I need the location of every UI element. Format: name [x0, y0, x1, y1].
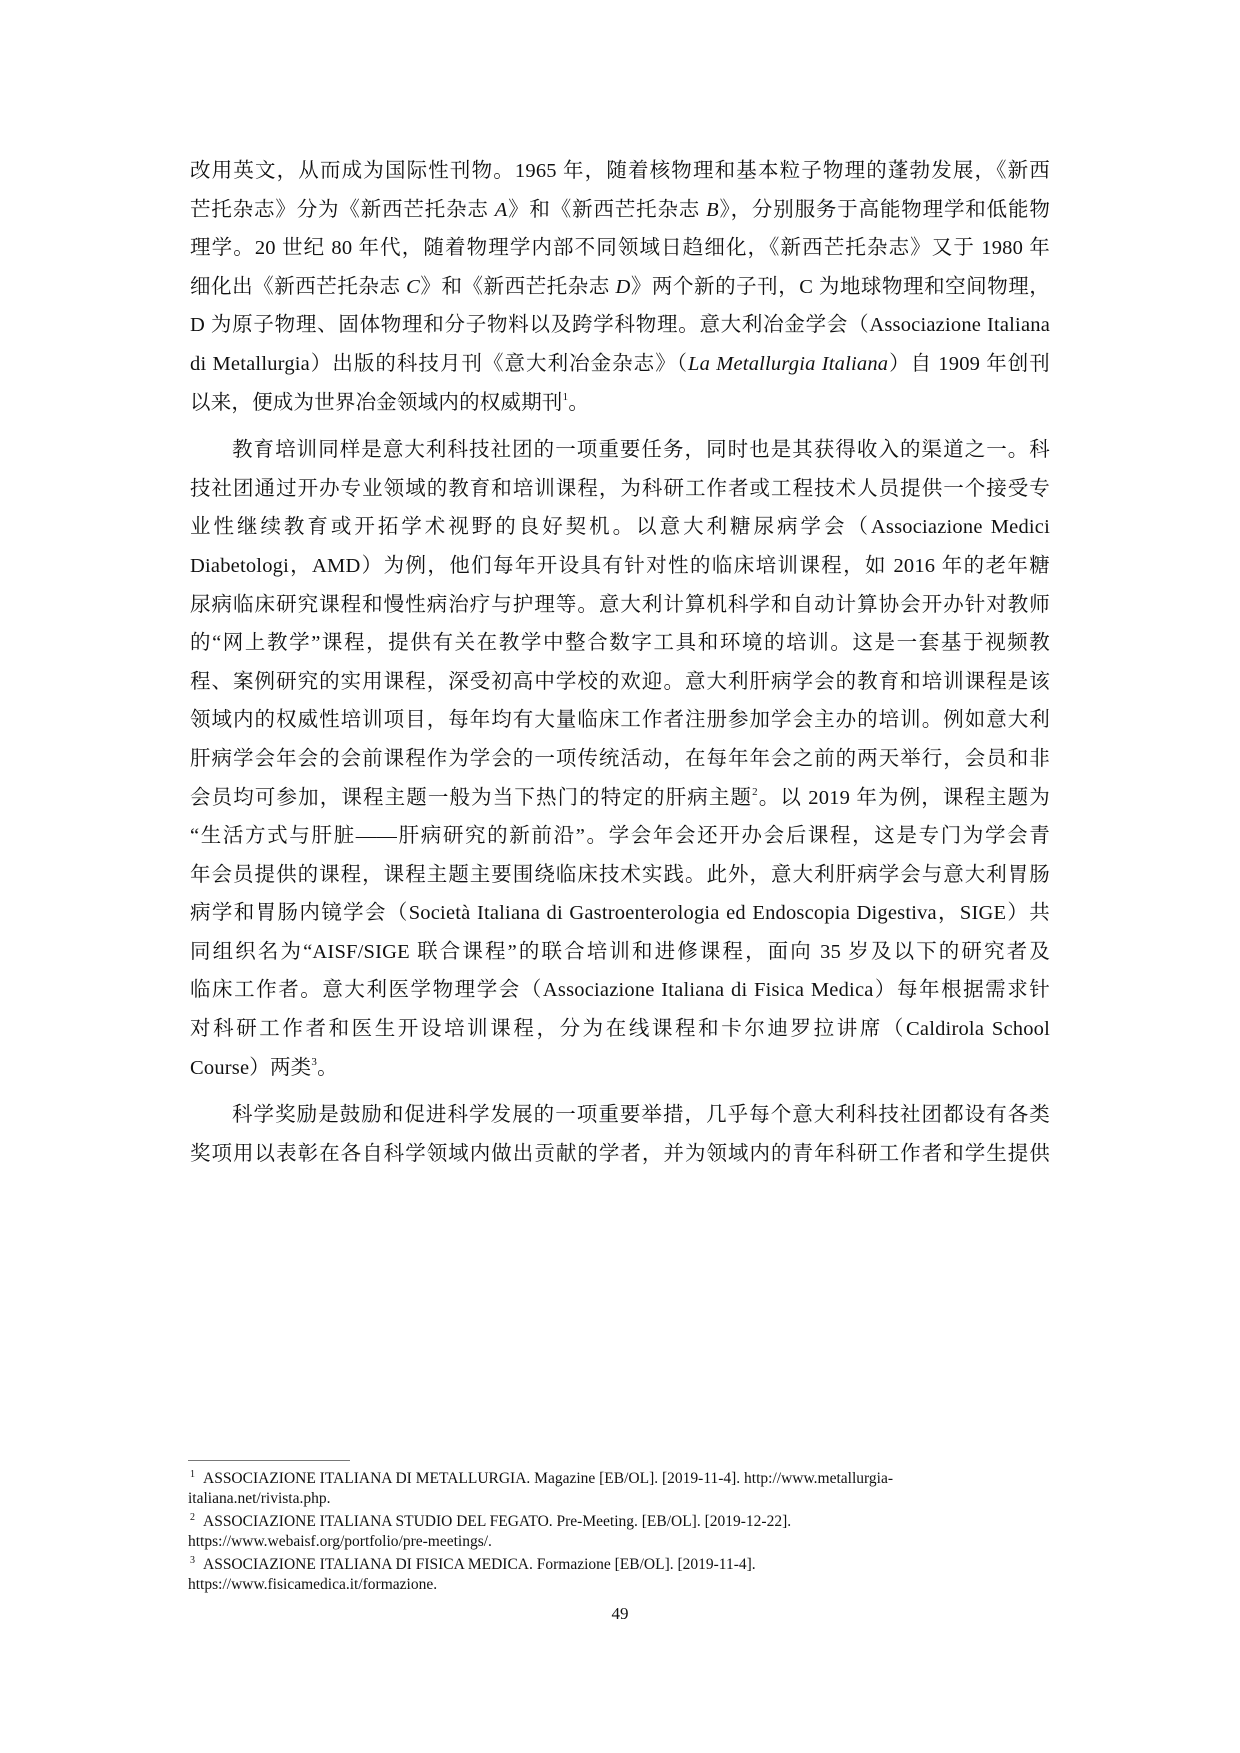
footnotes: 1ASSOCIAZIONE ITALIANA DI METALLURGIA. M…: [188, 1465, 1048, 1595]
text-segment: 》，分别服务于高能物理学和低能物: [719, 199, 1050, 221]
text-line: 技社团通过开办专业领域的教育和培训课程，为科研工作者或工程技术人员提供一个接受专: [190, 470, 1050, 509]
text-line: 细化出《新西芒托杂志 C》和《新西芒托杂志 D》两个新的子刊，C 为地球物理和空…: [190, 268, 1050, 307]
body-text: 改用英文，从而成为国际性刊物。1965 年，随着核物理和基本粒子物理的蓬勃发展，…: [190, 152, 1050, 1182]
footnote-mark: 2: [190, 1512, 195, 1523]
text-segment: 。以 2019 年为例，课程主题为: [758, 787, 1050, 809]
footnote-separator: [188, 1460, 350, 1461]
italic-journal-letter: B: [706, 199, 719, 221]
text-line: 的“网上教学”课程，提供有关在教学中整合数字工具和环境的培训。这是一套基于视频教: [190, 624, 1050, 663]
footnote-mark: 1: [190, 1469, 195, 1480]
text-line: 尿病临床研究课程和慢性病治疗与护理等。意大利计算机科学和自动计算协会开办针对教师: [190, 586, 1050, 625]
text-line: 芒托杂志》分为《新西芒托杂志 A》和《新西芒托杂志 B》，分别服务于高能物理学和…: [190, 191, 1050, 230]
text-line: 临床工作者。意大利医学物理学会（Associazione Italiana di…: [190, 971, 1050, 1010]
text-line: 对科研工作者和医生开设培训课程，分为在线课程和卡尔迪罗拉讲席（Caldirola…: [190, 1010, 1050, 1049]
footnote-line[interactable]: italiana.net/rivista.php.: [188, 1489, 1048, 1509]
text-line: 病学和胃肠内镜学会（Società Italiana di Gastroente…: [190, 894, 1050, 933]
text-line: 会员均可参加，课程主题一般为当下热门的特定的肝病主题2。以 2019 年为例，课…: [190, 779, 1050, 818]
text-line: 肝病学会年会的会前课程作为学会的一项传统活动，在每年年会之前的两天举行，会员和非: [190, 740, 1050, 779]
paragraph-1: 改用英文，从而成为国际性刊物。1965 年，随着核物理和基本粒子物理的蓬勃发展，…: [190, 152, 1050, 422]
paragraph-2: 教育培训同样是意大利科技社团的一项重要任务，同时也是其获得收入的渠道之一。科 技…: [190, 431, 1050, 1087]
text-segment: di Metallurgia）出版的科技月刊《意大利冶金杂志》（: [190, 353, 688, 375]
text-line: 程、案例研究的实用课程，深受初高中学校的欢迎。意大利肝病学会的教育和培训课程是该: [190, 663, 1050, 702]
text-line: 科学奖励是鼓励和促进科学发展的一项重要举措，几乎每个意大利科技社团都设有各类: [190, 1096, 1050, 1135]
footnote-text: ASSOCIAZIONE ITALIANA DI FISICA MEDICA. …: [203, 1556, 756, 1573]
text-segment: 》和《新西芒托杂志: [420, 276, 615, 298]
text-line: 领域内的权威性培训项目，每年均有大量临床工作者注册参加学会主办的培训。例如意大利: [190, 701, 1050, 740]
text-segment: 细化出《新西芒托杂志: [190, 276, 406, 298]
text-line: 理学。20 世纪 80 年代，随着物理学内部不同领域日趋细化，《新西芒托杂志》又…: [190, 229, 1050, 268]
footnote-text: ASSOCIAZIONE ITALIANA STUDIO DEL FEGATO.…: [203, 1513, 791, 1530]
text-segment: 》和《新西芒托杂志: [507, 199, 706, 221]
text-segment: 。: [568, 392, 589, 414]
text-line: di Metallurgia）出版的科技月刊《意大利冶金杂志》（La Metal…: [190, 345, 1050, 384]
footnote-mark: 3: [190, 1555, 195, 1566]
text-segment: Course）两类: [190, 1057, 311, 1079]
italic-journal-title: La Metallurgia Italiana: [688, 353, 888, 375]
footnote-3: 3ASSOCIAZIONE ITALIANA DI FISICA MEDICA.…: [188, 1551, 1048, 1594]
footnote-2: 2ASSOCIAZIONE ITALIANA STUDIO DEL FEGATO…: [188, 1508, 1048, 1551]
paragraph-3: 科学奖励是鼓励和促进科学发展的一项重要举措，几乎每个意大利科技社团都设有各类 奖…: [190, 1096, 1050, 1173]
text-line: 教育培训同样是意大利科技社团的一项重要任务，同时也是其获得收入的渠道之一。科: [190, 431, 1050, 470]
italic-journal-letter: C: [406, 276, 420, 298]
text-line: Diabetologi，AMD）为例，他们每年开设具有针对性的临床培训课程，如 …: [190, 547, 1050, 586]
text-line: 年会员提供的课程，课程主题主要围绕临床技术实践。此外，意大利肝病学会与意大利胃肠: [190, 856, 1050, 895]
italic-journal-letter: A: [495, 199, 508, 221]
text-segment: 以来，便成为世界冶金领域内的权威期刊: [190, 392, 563, 414]
page-number: 49: [0, 1603, 1240, 1625]
footnote-line: 1ASSOCIAZIONE ITALIANA DI METALLURGIA. M…: [188, 1465, 1048, 1489]
text-line: 以来，便成为世界冶金领域内的权威期刊1。: [190, 384, 1050, 423]
footnote-1: 1ASSOCIAZIONE ITALIANA DI METALLURGIA. M…: [188, 1465, 1048, 1508]
footnote-url[interactable]: https://www.fisicamedica.it/formazione.: [188, 1575, 1048, 1595]
text-segment: 会员均可参加，课程主题一般为当下热门的特定的肝病主题: [190, 787, 752, 809]
document-page: 改用英文，从而成为国际性刊物。1965 年，随着核物理和基本粒子物理的蓬勃发展，…: [0, 0, 1240, 1753]
text-line: Course）两类3。: [190, 1049, 1050, 1088]
text-segment: 。: [317, 1057, 338, 1079]
footnote-line: 2ASSOCIAZIONE ITALIANA STUDIO DEL FEGATO…: [188, 1508, 1048, 1532]
text-segment: 芒托杂志》分为《新西芒托杂志: [190, 199, 495, 221]
text-line: 奖项用以表彰在各自科学领域内做出贡献的学者，并为领域内的青年科研工作者和学生提供: [190, 1135, 1050, 1174]
text-segment: ）自 1909 年创刊: [888, 353, 1050, 375]
footnote-text: ASSOCIAZIONE ITALIANA DI METALLURGIA. Ma…: [203, 1470, 893, 1487]
text-line: 改用英文，从而成为国际性刊物。1965 年，随着核物理和基本粒子物理的蓬勃发展，…: [190, 152, 1050, 191]
footnote-url[interactable]: https://www.webaisf.org/portfolio/pre-me…: [188, 1532, 1048, 1552]
footnote-line: 3ASSOCIAZIONE ITALIANA DI FISICA MEDICA.…: [188, 1551, 1048, 1575]
text-segment: 》两个新的子刊，C 为地球物理和空间物理，: [631, 276, 1050, 298]
text-line: 同组织名为“AISF/SIGE 联合课程”的联合培训和进修课程，面向 35 岁及…: [190, 933, 1050, 972]
text-line: 业性继续教育或开拓学术视野的良好契机。以意大利糖尿病学会（Associazion…: [190, 508, 1050, 547]
text-line: “生活方式与肝脏——肝病研究的新前沿”。学会年会还开办会后课程，这是专门为学会青: [190, 817, 1050, 856]
italic-journal-letter: D: [616, 276, 631, 298]
text-line: D 为原子物理、固体物理和分子物料以及跨学科物理。意大利冶金学会（Associa…: [190, 306, 1050, 345]
